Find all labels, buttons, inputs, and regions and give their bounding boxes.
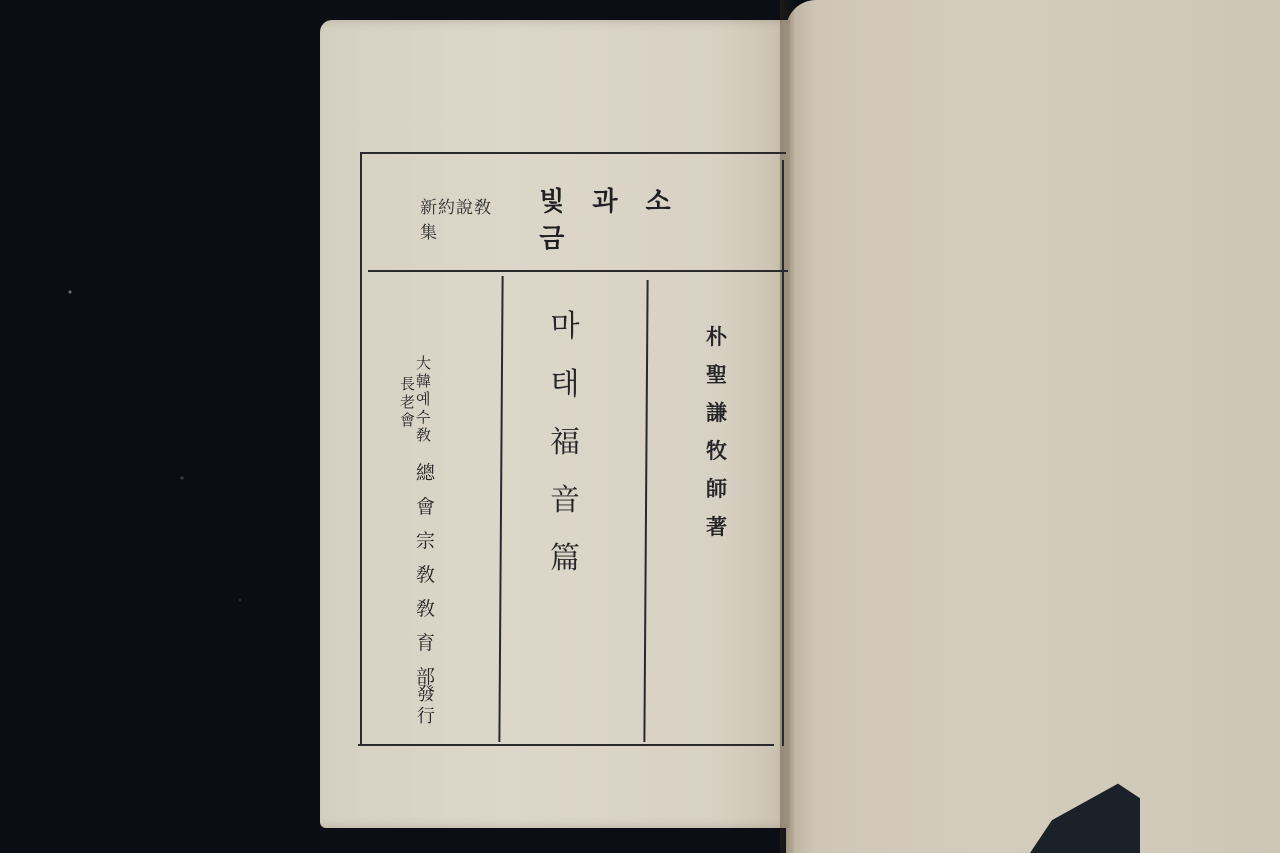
author-column: 朴 聖 謙 牧 師 著 — [706, 326, 727, 554]
author-char: 著 — [706, 516, 727, 537]
publisher-char: 會 — [416, 498, 435, 517]
volume-char: 福 — [550, 428, 580, 458]
volume-char: 音 — [550, 486, 580, 516]
publisher-prefix-left: 長 老 會 — [400, 377, 415, 431]
book-title: 빛과소금 — [539, 181, 750, 255]
author-char: 聖 — [706, 364, 727, 385]
dark-background — [0, 0, 320, 853]
volume-title-column: 마 태 福 音 篇 — [550, 312, 580, 602]
frame-title-divider — [368, 270, 788, 272]
prefix-char: 예 — [416, 392, 431, 407]
prefix-char: 敎 — [416, 428, 431, 443]
volume-char: 태 — [551, 370, 580, 400]
publisher-char: 育 — [416, 634, 435, 653]
publish-char: 行 — [417, 708, 435, 726]
prefix-char: 수 — [416, 410, 431, 425]
author-char: 謙 — [706, 402, 727, 423]
right-blank-page — [786, 0, 1280, 853]
prefix-char: 老 — [400, 395, 415, 410]
volume-char: 篇 — [550, 544, 580, 574]
publish-label-column: 發 行 — [417, 686, 435, 730]
author-char: 牧 — [706, 440, 727, 461]
frame-top-line — [362, 152, 786, 154]
volume-char: 마 — [551, 312, 580, 342]
publisher-prefix: 長 老 會 大 韓 예 수 敎 — [400, 362, 431, 446]
publisher-prefix-right: 大 韓 예 수 敎 — [416, 356, 431, 446]
prefix-char: 大 — [416, 356, 431, 371]
prefix-char: 會 — [400, 413, 415, 428]
prefix-char: 韓 — [416, 374, 431, 389]
publisher-column: 總 會 宗 敎 敎 育 部 — [416, 464, 435, 702]
series-label: 新約說敎集 — [420, 193, 509, 243]
publisher-char: 敎 — [416, 566, 435, 585]
publisher-char: 宗 — [416, 532, 435, 551]
frame-left-line — [360, 152, 362, 746]
frame-bottom-line — [358, 744, 774, 746]
publisher-char: 敎 — [416, 600, 435, 619]
publish-char: 發 — [417, 686, 435, 704]
author-char: 朴 — [706, 326, 727, 347]
title-row: 新約說敎集 빛과소금 — [420, 198, 750, 238]
publisher-char: 總 — [416, 464, 435, 483]
author-char: 師 — [706, 478, 727, 499]
frame-right-line — [782, 160, 784, 746]
prefix-char: 長 — [400, 377, 415, 392]
